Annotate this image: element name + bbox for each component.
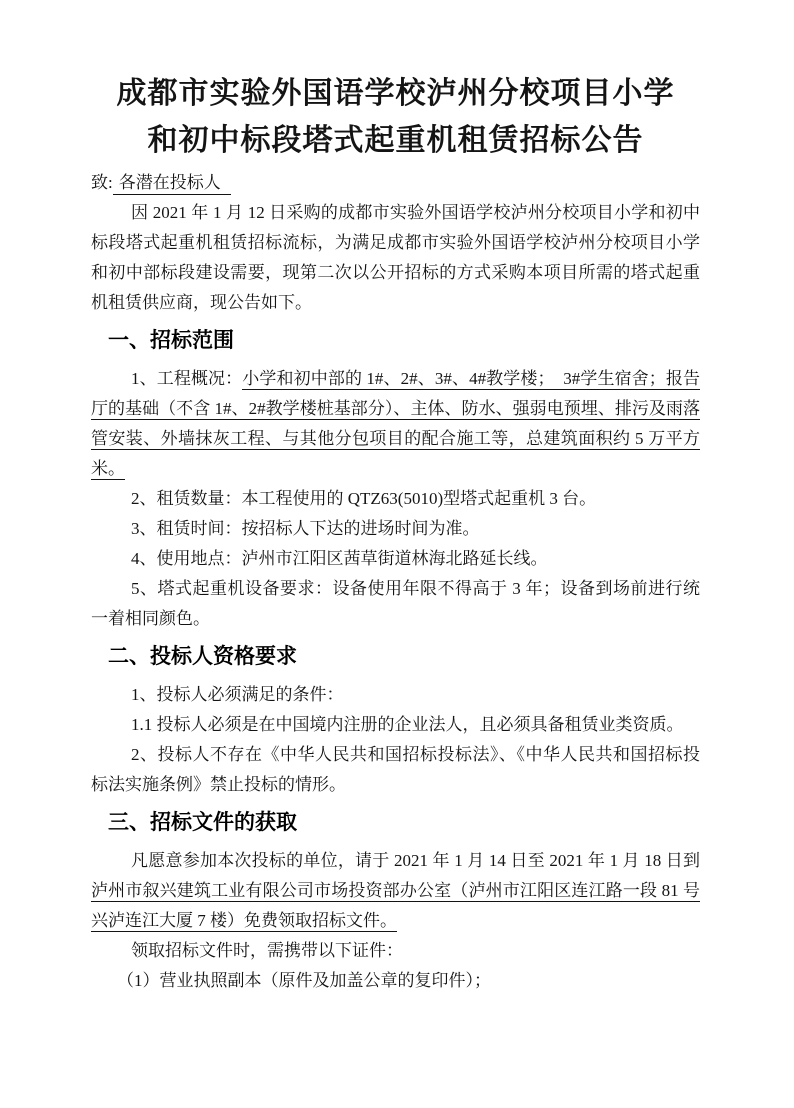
document-collection-underlined: 泸州市叙兴建筑工业有限公司市场投资部办公室（泸州市江阳区连江路一段 81 号兴泸… <box>91 881 700 932</box>
section-heading-scope: 一、招标范围 <box>91 324 700 358</box>
bidder-registration-item: 1.1 投标人必须是在中国境内注册的企业法人，且必须具备租赁业类资质。 <box>91 710 700 740</box>
document-collection-lead: 凡愿意参加本次投标的单位，请于 2021 年 1 月 14 日至 2021 年 … <box>131 851 700 870</box>
bidder-conditions-item: 1、投标人必须满足的条件： <box>91 680 700 710</box>
certificate-item-business-license: （1）营业执照副本（原件及加盖公章的复印件）； <box>91 966 700 996</box>
document-title-line-2: 和初中标段塔式起重机租赁招标公告 <box>91 117 700 164</box>
document-page: 成都市实验外国语学校泸州分校项目小学 和初中标段塔式起重机租赁招标公告 致:各潜… <box>0 0 794 1108</box>
bidder-restriction-item: 2、投标人不存在《中华人民共和国招标投标法》、《中华人民共和国招标投标法实施条例… <box>91 740 700 800</box>
document-collection-note: 领取招标文件时，需携带以下证件： <box>91 936 700 966</box>
salutation-prefix: 致: <box>91 173 113 192</box>
scope-overview-item: 1、工程概况：小学和初中部的 1#、2#、3#、4#教学楼； 3#学生宿舍；报告… <box>91 364 700 484</box>
document-collection-paragraph: 凡愿意参加本次投标的单位，请于 2021 年 1 月 14 日至 2021 年 … <box>91 846 700 936</box>
rental-period-item: 3、租赁时间：按招标人下达的进场时间为准。 <box>91 514 700 544</box>
salutation-addressee: 各潜在投标人 <box>113 173 231 195</box>
rental-quantity-item: 2、租赁数量：本工程使用的 QTZ63(5010)型塔式起重机 3 台。 <box>91 484 700 514</box>
document-title-line-1: 成都市实验外国语学校泸州分校项目小学 <box>91 70 700 117</box>
section-heading-qualification: 二、投标人资格要求 <box>91 640 700 674</box>
usage-location-item: 4、使用地点：泸州市江阳区茜草街道林海北路延长线。 <box>91 544 700 574</box>
document-title: 成都市实验外国语学校泸州分校项目小学 和初中标段塔式起重机租赁招标公告 <box>91 70 700 164</box>
equipment-requirement-item: 5、塔式起重机设备要求：设备使用年限不得高于 3 年；设备到场前进行统一着相同颜… <box>91 574 700 634</box>
section-heading-document-collection: 三、招标文件的获取 <box>91 806 700 840</box>
intro-paragraph: 因 2021 年 1 月 12 日采购的成都市实验外国语学校泸州分校项目小学和初… <box>91 198 700 318</box>
scope-overview-lead: 1、工程概况： <box>131 369 242 388</box>
salutation-line: 致:各潜在投标人 <box>91 168 700 198</box>
